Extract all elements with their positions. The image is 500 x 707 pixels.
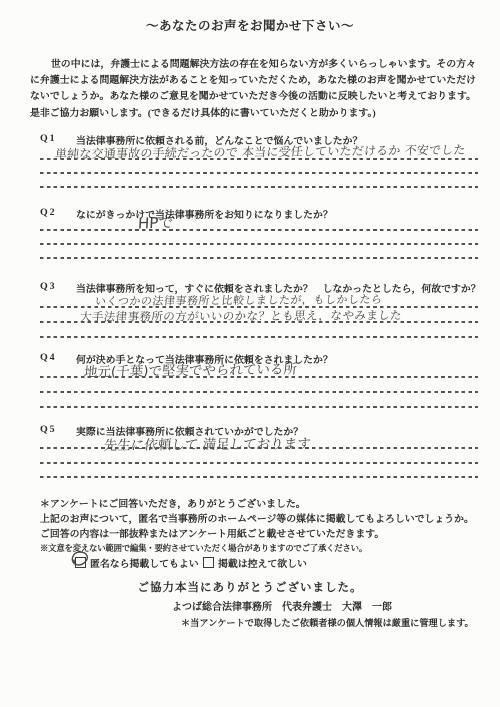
footer-edit-note: ※文意を変えない範囲で編集・要約させていただく場合がありますのでご了承ください。 <box>40 542 367 554</box>
answer-line[interactable] <box>40 229 478 231</box>
anonymous-publish-checkbox[interactable]: 匿名なら掲載してもよい <box>75 554 199 572</box>
questionnaire-page: ～あなたのお声をお聞かせ下さい～ 世の中には，弁護士による問題解決方法の存在を知… <box>0 0 500 707</box>
anonymous-publish-label: 匿名なら掲載してもよい <box>90 559 199 570</box>
question-label-q1: Q1 <box>40 133 57 144</box>
answer-line[interactable] <box>40 336 478 338</box>
answer-line[interactable] <box>40 476 478 478</box>
question-label-q4: Q4 <box>40 352 57 363</box>
decline-publish-checkbox[interactable]: 掲載は控えて欲しい <box>203 554 307 572</box>
question-text-q2: なにがきっかけで当法律事務所をお知りになりましたか？ <box>76 207 333 221</box>
checkbox-square[interactable] <box>203 557 214 568</box>
checkbox-square[interactable] <box>75 557 86 568</box>
footer-publish-request: 上記のお声について，匿名で当事務所のホームページ等の媒体に掲載してもよろしいでし… <box>40 511 474 525</box>
closing-thanks: ご協力本当にありがとうございました。 <box>0 579 500 595</box>
answer-line[interactable] <box>40 391 478 393</box>
page-title: ～あなたのお声をお聞かせ下さい～ <box>0 16 500 34</box>
answer-line[interactable] <box>40 406 478 408</box>
answer-line[interactable] <box>40 321 478 323</box>
decline-publish-label: 掲載は控えて欲しい <box>218 559 307 570</box>
answer-line[interactable] <box>40 306 478 308</box>
answer-line[interactable] <box>40 376 478 378</box>
question-label-q5: Q5 <box>40 424 57 435</box>
answer-line[interactable] <box>40 172 478 174</box>
footer-excerpt-note: ご回答の内容は一部抜粋またはアンケート用紙ごと載せさせていただきます。 <box>40 526 384 540</box>
answer-line[interactable] <box>40 158 478 160</box>
office-signature: よつば総合法律事務所 代表弁護士 大澤 一郎 <box>172 598 392 613</box>
question-label-q2: Q2 <box>40 207 57 218</box>
privacy-note: ＊当アンケートで取得したご依頼者様の個人情報は厳重に管理します。 <box>181 615 474 629</box>
answer-line[interactable] <box>40 462 478 464</box>
question-label-q3: Q3 <box>40 281 57 292</box>
footer-thank-you: ＊アンケートにご回答いただき，ありがとうございました。 <box>40 496 306 510</box>
answer-line[interactable] <box>40 447 478 449</box>
intro-paragraph: 世の中には，弁護士による問題解決方法の存在を知らない方が多くいらっしゃいます。そ… <box>30 57 476 122</box>
answer-line[interactable] <box>40 186 478 188</box>
answer-line[interactable] <box>40 243 478 245</box>
handwritten-answer-q5: 先生に依頼して 満足しております <box>103 432 312 454</box>
answer-line[interactable] <box>40 257 478 259</box>
